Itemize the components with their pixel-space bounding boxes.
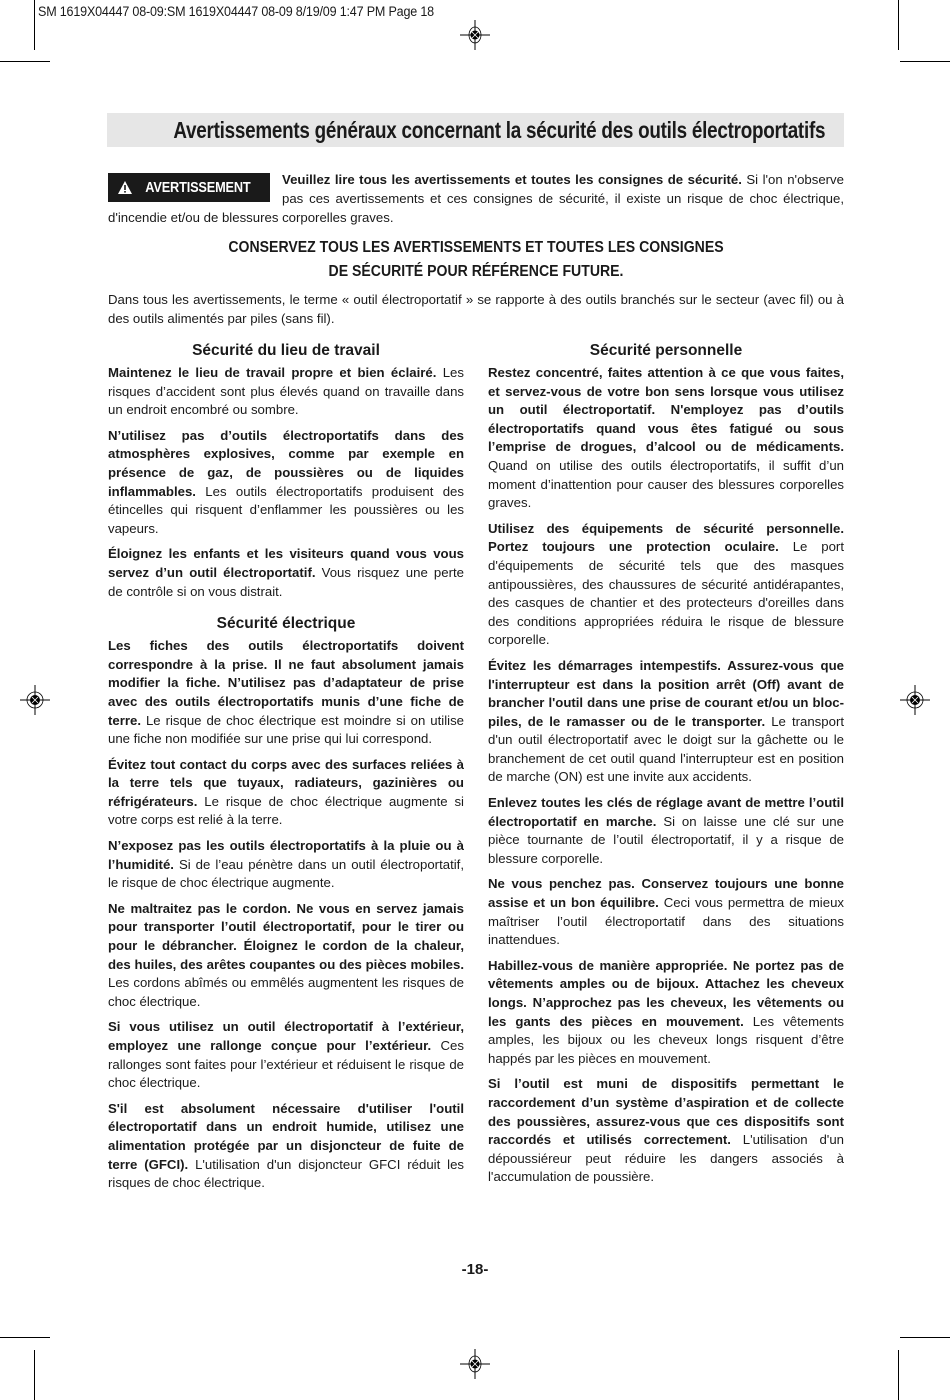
section-heading-electrical-safety: Sécurité électrique bbox=[108, 613, 464, 635]
definition-note: Dans tous les avertissements, le terme «… bbox=[108, 290, 844, 328]
safety-item: Restez concentré, faites attention à ce … bbox=[488, 364, 844, 513]
crop-mark-bottom-left-vertical bbox=[34, 1350, 35, 1400]
safety-item-text: Les cordons abîmés ou emmêlés augmentent… bbox=[108, 975, 464, 1009]
page-title: Avertissements généraux concernant la sé… bbox=[173, 113, 777, 147]
safety-item: N’utilisez pas d’outils électroportatifs… bbox=[108, 427, 464, 539]
save-instructions-heading: CONSERVEZ TOUS LES AVERTISSEMENTS ET TOU… bbox=[108, 236, 844, 284]
safety-item: N’exposez pas les outils électroportatif… bbox=[108, 837, 464, 893]
safety-item-text: Le risque de choc électrique est moindre… bbox=[108, 713, 464, 747]
crop-mark-top-right-vertical bbox=[898, 0, 899, 50]
section-heading-work-area-safety: Sécurité du lieu de travail bbox=[108, 340, 464, 362]
page-number: -18- bbox=[0, 1261, 950, 1278]
registration-mark-icon bbox=[460, 20, 490, 50]
page-title-bar: Avertissements généraux concernant la sé… bbox=[107, 113, 844, 147]
save-instructions-line-1: CONSERVEZ TOUS LES AVERTISSEMENTS ET TOU… bbox=[152, 236, 800, 260]
safety-item: Si l’outil est muni de dispositifs perme… bbox=[488, 1075, 844, 1187]
safety-item: Évitez les démarrages intempestifs. Assu… bbox=[488, 657, 844, 787]
safety-item: Si vous utilisez un outil électroportati… bbox=[108, 1018, 464, 1092]
safety-item: Ne vous penchez pas. Conservez toujours … bbox=[488, 875, 844, 949]
safety-item-text: Quand on utilise des outils électroporta… bbox=[488, 458, 844, 510]
registration-mark-icon bbox=[20, 685, 50, 715]
save-instructions-line-2: DE SÉCURITÉ POUR RÉFÉRENCE FUTURE. bbox=[152, 260, 800, 284]
warning-intro: AVERTISSEMENT Veuillez lire tous les ave… bbox=[108, 170, 844, 227]
crop-mark-top-right-horizontal bbox=[900, 61, 950, 62]
safety-item-bold: Ne maltraitez pas le cordon. Ne vous en … bbox=[108, 901, 464, 972]
warning-badge: AVERTISSEMENT bbox=[108, 173, 270, 202]
warning-triangle-icon bbox=[118, 181, 132, 194]
safety-item: Enlevez toutes les clés de réglage avant… bbox=[488, 794, 844, 868]
crop-mark-bottom-right-horizontal bbox=[900, 1337, 950, 1338]
crop-mark-top-left-vertical bbox=[34, 0, 35, 50]
crop-mark-top-left-horizontal bbox=[0, 61, 50, 62]
registration-mark-icon bbox=[900, 685, 930, 715]
safety-item-bold: Si vous utilisez un outil électroportati… bbox=[108, 1019, 464, 1053]
warning-badge-label: AVERTISSEMENT bbox=[145, 178, 250, 197]
safety-item-text: Le port d'équipements de sécurité tels q… bbox=[488, 539, 844, 647]
safety-item: Éloignez les enfants et les visiteurs qu… bbox=[108, 545, 464, 601]
safety-item: Évitez tout contact du corps avec des su… bbox=[108, 756, 464, 830]
warning-bold-text: Veuillez lire tous les avertissements et… bbox=[282, 172, 742, 187]
safety-item: Les fiches des outils électroportatifs d… bbox=[108, 637, 464, 749]
safety-item-bold: Restez concentré, faites attention à ce … bbox=[488, 365, 844, 454]
crop-mark-bottom-right-vertical bbox=[898, 1350, 899, 1400]
right-column: Sécurité personnelle Restez concentré, f… bbox=[488, 340, 844, 1194]
safety-item: Maintenez le lieu de travail propre et b… bbox=[108, 364, 464, 420]
safety-item: Utilisez des équipements de sécurité per… bbox=[488, 520, 844, 650]
crop-mark-bottom-left-horizontal bbox=[0, 1337, 50, 1338]
safety-item-bold: Maintenez le lieu de travail propre et b… bbox=[108, 365, 436, 380]
print-slug: SM 1619X04447 08-09:SM 1619X04447 08-09 … bbox=[38, 4, 434, 19]
registration-mark-icon bbox=[460, 1349, 490, 1379]
safety-item: Habillez-vous de manière appropriée. Ne … bbox=[488, 957, 844, 1069]
safety-item: Ne maltraitez pas le cordon. Ne vous en … bbox=[108, 900, 464, 1012]
safety-item: S'il est absolument nécessaire d'utilise… bbox=[108, 1100, 464, 1193]
section-heading-personal-safety: Sécurité personnelle bbox=[488, 340, 844, 362]
left-column: Sécurité du lieu de travail Maintenez le… bbox=[108, 340, 464, 1200]
